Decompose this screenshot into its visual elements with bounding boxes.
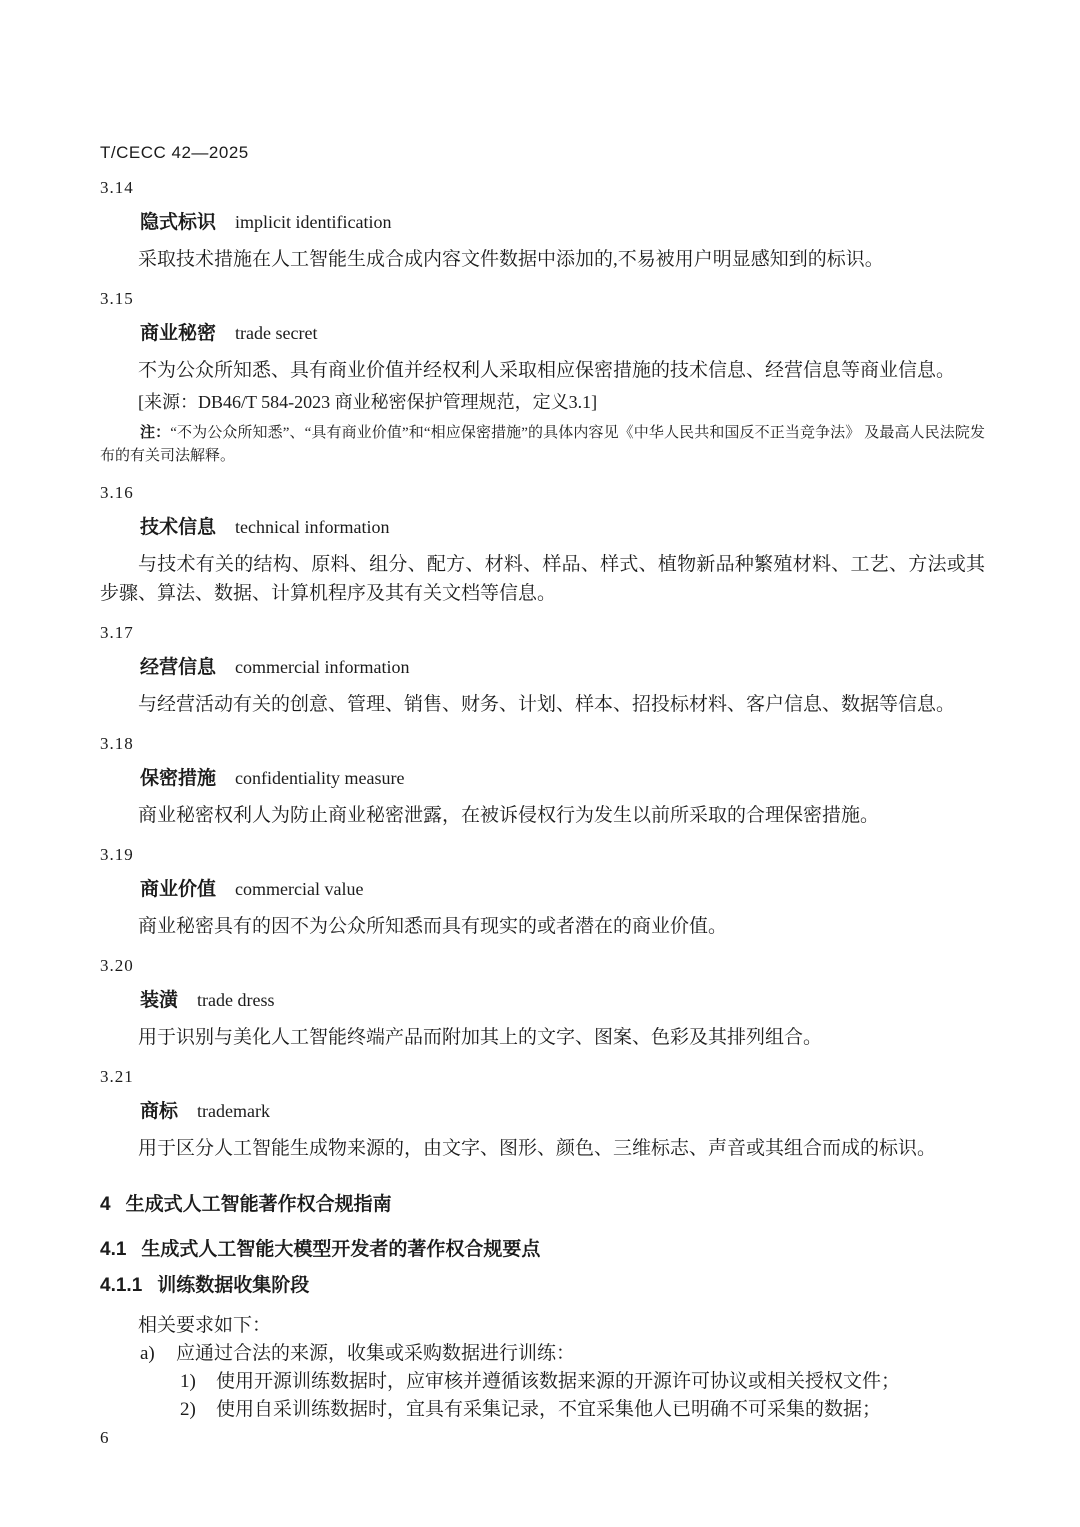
definition-section: 3.18 保密措施 confidentiality measure 商业秘密权利… bbox=[100, 734, 985, 830]
section-number: 3.18 bbox=[100, 734, 985, 754]
term-line: 隐式标识 implicit identification bbox=[140, 210, 985, 236]
definition-body: 采取技术措施在人工智能生成合成内容文件数据中添加的,不易被用户明显感知到的标识。 bbox=[100, 245, 985, 274]
list-item-1: 1) 使用开源训练数据时，应审核并遵循该数据来源的开源许可协议或相关授权文件； bbox=[100, 1368, 985, 1396]
list-item-label: 2) bbox=[180, 1396, 216, 1424]
term-line: 商标 trademark bbox=[140, 1099, 985, 1125]
clause-title: 训练数据收集阶段 bbox=[157, 1275, 309, 1296]
term-en: trade secret bbox=[235, 323, 317, 343]
term-en: commercial information bbox=[235, 657, 409, 677]
term-en: commercial value bbox=[235, 879, 363, 899]
term-zh: 保密措施 bbox=[140, 768, 216, 789]
doc-code: T/CECC 42—2025 bbox=[100, 143, 985, 163]
note-text: “不为公众所知悉”、“具有商业价值”和“相应保密措施”的具体内容见《中华人民共和… bbox=[100, 425, 985, 464]
definition-body: 用于识别与美化人工智能终端产品而附加其上的文字、图案、色彩及其排列组合。 bbox=[100, 1023, 985, 1052]
term-en: implicit identification bbox=[235, 212, 391, 232]
term-zh: 隐式标识 bbox=[140, 212, 216, 233]
list-item-label: 1) bbox=[180, 1368, 216, 1396]
definition-section: 3.17 经营信息 commercial information 与经营活动有关… bbox=[100, 623, 985, 719]
term-line: 技术信息 technical information bbox=[140, 515, 985, 541]
section-number: 3.17 bbox=[100, 623, 985, 643]
definition-body: 商业秘密具有的因不为公众所知悉而具有现实的或者潜在的商业价值。 bbox=[100, 912, 985, 941]
section-number: 3.15 bbox=[100, 289, 985, 309]
term-line: 保密措施 confidentiality measure bbox=[140, 766, 985, 792]
term-en: trademark bbox=[197, 1101, 270, 1121]
list-item-a: a) 应通过合法的来源，收集或采购数据进行训练： bbox=[100, 1340, 985, 1368]
definition-section: 3.14 隐式标识 implicit identification 采取技术措施… bbox=[100, 178, 985, 274]
term-zh: 商业秘密 bbox=[140, 323, 216, 344]
section-number: 3.16 bbox=[100, 483, 985, 503]
definition-body: 不为公众所知悉、具有商业价值并经权利人采取相应保密措施的技术信息、经营信息等商业… bbox=[100, 356, 985, 385]
clause-title: 生成式人工智能大模型开发者的著作权合规要点 bbox=[141, 1239, 540, 1260]
term-en: confidentiality measure bbox=[235, 768, 404, 788]
term-zh: 技术信息 bbox=[140, 517, 216, 538]
clause-number: 4 bbox=[100, 1194, 111, 1215]
term-line: 经营信息 commercial information bbox=[140, 655, 985, 681]
definition-section: 3.19 商业价值 commercial value 商业秘密具有的因不为公众所… bbox=[100, 845, 985, 941]
section-number: 3.21 bbox=[100, 1067, 985, 1087]
note-label: 注： bbox=[140, 424, 170, 441]
definition-body: 与技术有关的结构、原料、组分、配方、材料、样品、样式、植物新品种繁殖材料、工艺、… bbox=[100, 550, 985, 608]
requirements-intro: 相关要求如下： bbox=[100, 1311, 985, 1340]
section-number: 3.20 bbox=[100, 956, 985, 976]
source-reference: [来源：DB46/T 584-2023 商业秘密保护管理规范，定义3.1] bbox=[100, 389, 985, 415]
clause-heading-4-1: 4.1生成式人工智能大模型开发者的著作权合规要点 bbox=[100, 1238, 985, 1262]
note: 注：“不为公众所知悉”、“具有商业价值”和“相应保密措施”的具体内容见《中华人民… bbox=[100, 421, 985, 468]
list-item-text: 使用开源训练数据时，应审核并遵循该数据来源的开源许可协议或相关授权文件； bbox=[216, 1368, 985, 1396]
list-item-label: a) bbox=[140, 1340, 176, 1368]
clause-number: 4.1.1 bbox=[100, 1275, 142, 1296]
definition-section: 3.21 商标 trademark 用于区分人工智能生成物来源的，由文字、图形、… bbox=[100, 1067, 985, 1163]
term-line: 商业秘密 trade secret bbox=[140, 321, 985, 347]
section-number: 3.19 bbox=[100, 845, 985, 865]
term-zh: 装潢 bbox=[140, 990, 178, 1011]
clause-heading-4-1-1: 4.1.1训练数据收集阶段 bbox=[100, 1274, 985, 1298]
term-en: trade dress bbox=[197, 990, 274, 1010]
definition-section: 3.16 技术信息 technical information 与技术有关的结构… bbox=[100, 483, 985, 608]
page-number: 6 bbox=[100, 1428, 985, 1448]
clause-heading-4: 4生成式人工智能著作权合规指南 bbox=[100, 1193, 985, 1217]
definition-body: 商业秘密权利人为防止商业秘密泄露，在被诉侵权行为发生以前所采取的合理保密措施。 bbox=[100, 801, 985, 830]
definition-body: 与经营活动有关的创意、管理、销售、财务、计划、样本、招投标材料、客户信息、数据等… bbox=[100, 690, 985, 719]
term-en: technical information bbox=[235, 517, 389, 537]
clause-number: 4.1 bbox=[100, 1239, 126, 1260]
clause-title: 生成式人工智能著作权合规指南 bbox=[126, 1194, 392, 1215]
document-page: T/CECC 42—2025 3.14 隐式标识 implicit identi… bbox=[0, 0, 1080, 1448]
definition-section: 3.15 商业秘密 trade secret 不为公众所知悉、具有商业价值并经权… bbox=[100, 289, 985, 468]
term-zh: 商业价值 bbox=[140, 879, 216, 900]
list-item-2: 2) 使用自采训练数据时，宜具有采集记录，不宜采集他人已明确不可采集的数据； bbox=[100, 1396, 985, 1424]
term-line: 商业价值 commercial value bbox=[140, 877, 985, 903]
definition-section: 3.20 装潢 trade dress 用于识别与美化人工智能终端产品而附加其上… bbox=[100, 956, 985, 1052]
list-item-text: 应通过合法的来源，收集或采购数据进行训练： bbox=[176, 1340, 985, 1368]
term-line: 装潢 trade dress bbox=[140, 988, 985, 1014]
list-item-text: 使用自采训练数据时，宜具有采集记录，不宜采集他人已明确不可采集的数据； bbox=[216, 1396, 985, 1424]
section-number: 3.14 bbox=[100, 178, 985, 198]
definition-body: 用于区分人工智能生成物来源的，由文字、图形、颜色、三维标志、声音或其组合而成的标… bbox=[100, 1134, 985, 1163]
term-zh: 经营信息 bbox=[140, 657, 216, 678]
term-zh: 商标 bbox=[140, 1101, 178, 1122]
